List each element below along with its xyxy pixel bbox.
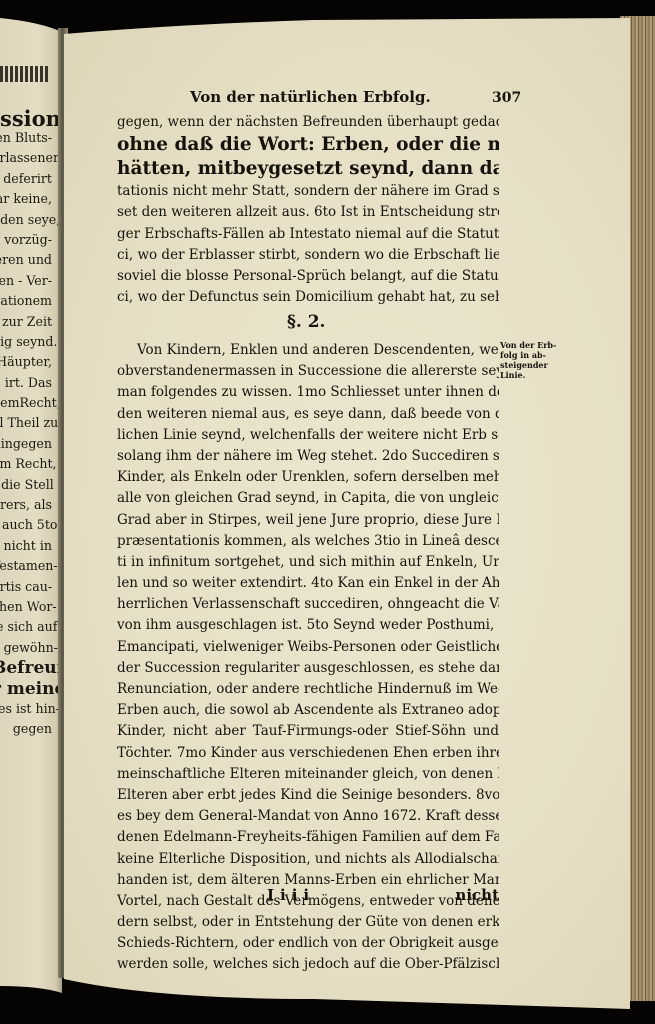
text-line: ti in infinitum sortgehet, und sich mith… — [117, 552, 499, 573]
text-line: ger Erbschafts-Fällen ab Intestato niema… — [117, 224, 499, 245]
left-page-line: erlassenen — [0, 148, 52, 168]
text-line: Erben auch, die sowol ab Ascendente als … — [117, 700, 499, 721]
left-page-line: chen Wor- — [0, 597, 52, 617]
left-page-line: rers, als — [0, 495, 52, 515]
page-footer: Iiii nicht — [117, 886, 499, 908]
left-page-line: nicht in — [0, 536, 52, 556]
page-number: 307 — [492, 90, 521, 106]
left-page-line: r zur Zeit — [0, 312, 52, 332]
text-line: den weiteren niemal aus, es seye dann, d… — [117, 404, 499, 425]
text-line: hätten, mitbeygesetzt seynd, dann da hat… — [117, 157, 499, 181]
left-page-line: r meinen — [0, 679, 52, 699]
left-page-line: eren und — [0, 250, 52, 270]
text-line: præsentationis kommen, als welches 3tio … — [117, 531, 499, 552]
left-page-line: el Theil zu — [0, 413, 52, 433]
text-line: es bey dem General-Mandat von Anno 1672.… — [117, 806, 499, 827]
text-line: herrlichen Verlassenschaft succediren, o… — [117, 594, 499, 615]
left-page-line: res ist hin- — [0, 699, 52, 719]
left-page-line: ar keine, — [0, 189, 52, 209]
text-line: ohne daß die Wort: Erben, oder die mich … — [117, 133, 499, 157]
section-heading: §. 2. — [287, 312, 325, 332]
text-line: Von Kindern, Enklen und anderen Descende… — [117, 340, 499, 361]
marginal-note: Von der Erb-folg in ab-steigenderLinie. — [500, 340, 560, 380]
left-page-line: nemRecht, — [0, 393, 52, 413]
marginal-note-line: Von der Erb- — [500, 340, 560, 350]
text-line: meinschaftliche Elteren miteinander glei… — [117, 764, 499, 785]
left-page-line: ortis cau- — [0, 577, 52, 597]
signature-mark: Iiii — [267, 886, 315, 904]
left-page-line: t vorzüg- — [0, 230, 52, 250]
left-page-text: en Bluts-erlassenent deferirtar keine,nd… — [0, 128, 52, 740]
left-page-line: t deferirt — [0, 169, 52, 189]
text-line: Emancipati, vielweniger Weibs-Personen o… — [117, 637, 499, 658]
left-page-line: Befreun- — [0, 658, 52, 678]
running-head: Von der natürlichen Erbfolg. — [190, 88, 431, 106]
left-page-line: nden seye, — [0, 210, 52, 230]
text-line: werden solle, welches sich jedoch auf di… — [117, 954, 499, 975]
left-page-line: Testamen- — [0, 556, 52, 576]
text-line: solang ihm der nähere im Weg stehet. 2do… — [117, 446, 499, 467]
text-line: soviel die blosse Personal-Sprüch belang… — [117, 266, 499, 287]
marginal-note-line: steigender — [500, 360, 560, 370]
left-page-line: Häupter, — [0, 352, 52, 372]
text-line: Kinder, als Enkeln oder Urenklen, sofern… — [117, 467, 499, 488]
text-line: set den weiteren allzeit aus. 6to Ist in… — [117, 202, 499, 223]
text-line: Kinder, nicht aber Tauf-Firmungs-oder St… — [117, 721, 499, 742]
text-line: Töchter. 7mo Kinder aus verschiedenen Eh… — [117, 743, 499, 764]
left-page-line: hingegen — [0, 434, 52, 454]
book-scan: ssione en Bluts-erlassenent deferirtar k… — [0, 0, 655, 1024]
text-line: ci, wo der Defunctus sein Domicilium geh… — [117, 287, 499, 308]
text-line: Elteren aber erbt jedes Kind die Seinige… — [117, 785, 499, 806]
left-page-line: en Bluts- — [0, 128, 52, 148]
left-page: ssione en Bluts-erlassenent deferirtar k… — [0, 18, 62, 1003]
text-line: von ihm ausgeschlagen ist. 5to Seynd wed… — [117, 615, 499, 636]
left-page-line: em Recht, — [0, 454, 52, 474]
text-line: man folgendes zu wissen. 1mo Schliesset … — [117, 382, 499, 403]
text-line: Grad aber in Stirpes, weil jene Jure pro… — [117, 510, 499, 531]
left-page-line: gegen — [0, 719, 52, 739]
text-line: denen Edelmann-Freyheits-fähigen Familie… — [117, 827, 499, 848]
left-page-line: hig seynd. — [0, 332, 52, 352]
left-page-line: en - Ver- — [0, 271, 52, 291]
text-line: Renunciation, oder andere rechtliche Hin… — [117, 679, 499, 700]
text-line: lichen Linie seynd, welchenfalls der wei… — [117, 425, 499, 446]
left-page-line: irt. Das — [0, 373, 52, 393]
text-line: alle von gleichen Grad seynd, in Capita,… — [117, 488, 499, 509]
text-line: obverstandenermassen in Successione die … — [117, 361, 499, 382]
paragraph-2: Von Kindern, Enklen und anderen Descende… — [117, 340, 499, 976]
text-line: der Succession regulariter ausgeschlosse… — [117, 658, 499, 679]
text-line: tationis nicht mehr Statt, sondern der n… — [117, 181, 499, 202]
marginal-note-line: folg in ab- — [500, 350, 560, 360]
left-page-line: ie sich auf — [0, 617, 52, 637]
paragraph-1: gegen, wenn der nächsten Befreunden über… — [117, 112, 499, 308]
left-page-line: o gewöhn- — [0, 638, 52, 658]
text-line: keine Elterliche Disposition, und nichts… — [117, 849, 499, 870]
text-line: len und so weiter extendirt. 4to Kan ein… — [117, 573, 499, 594]
left-page-line: r auch 5to — [0, 515, 52, 535]
left-page-line: ationem — [0, 291, 52, 311]
marginal-note-line: Linie. — [500, 370, 560, 380]
text-line: dern selbst, oder in Entstehung der Güte… — [117, 912, 499, 933]
text-line: Schieds-Richtern, oder endlich von der O… — [117, 933, 499, 954]
text-line: ci, wo der Erblasser stirbt, sondern wo … — [117, 245, 499, 266]
left-page-line: t die Stell — [0, 475, 52, 495]
decorative-ornament-band — [0, 66, 50, 82]
text-line: gegen, wenn der nächsten Befreunden über… — [117, 112, 499, 133]
catchword: nicht — [455, 886, 499, 904]
